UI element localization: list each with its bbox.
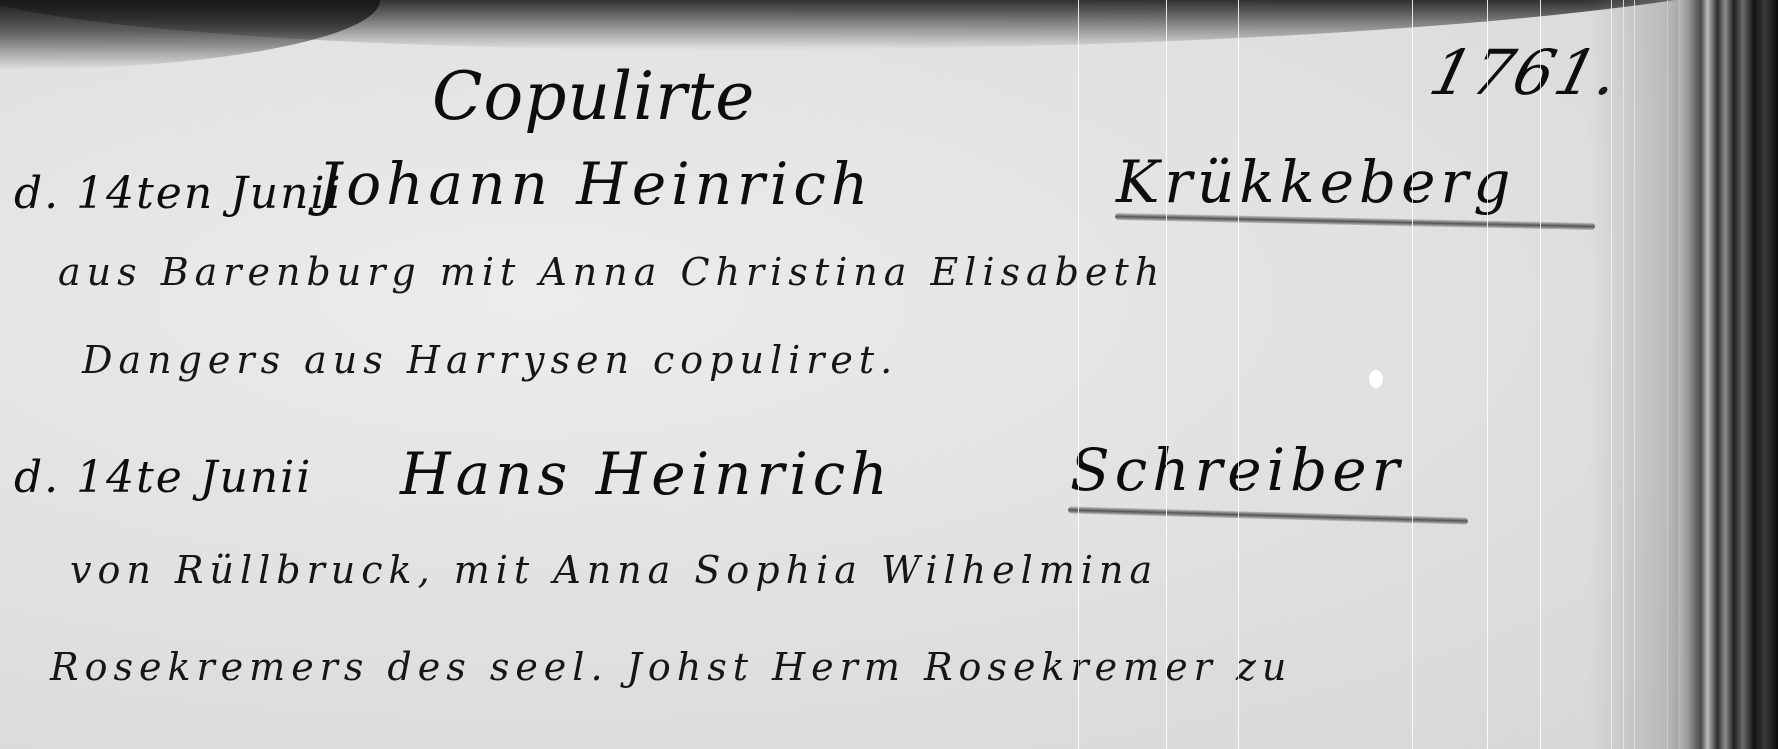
entry-1-surname: Krükkeberg <box>1116 148 1515 216</box>
scan-streak <box>1540 0 1541 749</box>
page-corner-shadow <box>0 0 380 70</box>
scan-streak <box>1166 0 1167 749</box>
entry-2-groom-name: Hans Heinrich <box>400 440 893 508</box>
paper-blemish <box>1369 370 1383 388</box>
entry-2-surname-underline <box>1068 506 1468 524</box>
scan-streak <box>1487 0 1488 749</box>
page-edge-shading <box>1588 0 1678 749</box>
book-binding-edge <box>1668 0 1778 749</box>
scan-streak <box>1238 0 1239 749</box>
entry-1-line-2: Dangers aus Harrysen copuliret. <box>82 338 898 382</box>
entry-1-date: d. 14ten Junii <box>14 168 343 219</box>
entry-2-line-2: Rosekremers des seel. Johst Herm Rosekre… <box>50 645 1292 689</box>
scan-streak <box>1078 0 1079 749</box>
entry-1-groom-name: Johann Heinrich <box>318 150 873 218</box>
entry-1-line-1: aus Barenburg mit Anna Christina Elisabe… <box>58 250 1165 294</box>
entry-2-date: d. 14te Junii <box>14 452 312 503</box>
entry-2-line-1: von Rüllbruck, mit Anna Sophia Wilhelmin… <box>70 548 1158 592</box>
scanned-register-page: Copulirte 1761. d. 14ten Junii Johann He… <box>0 0 1778 749</box>
page-heading: Copulirte <box>432 58 755 135</box>
scan-streak <box>1412 0 1413 749</box>
